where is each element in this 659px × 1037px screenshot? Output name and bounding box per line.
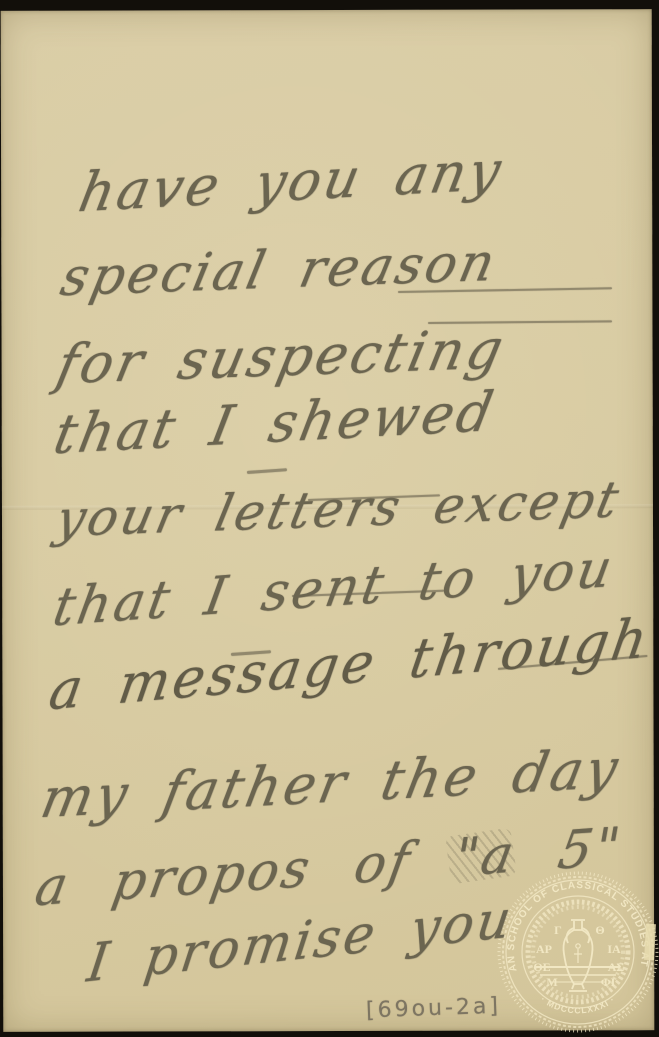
seal-greek-letter: ΦΙ bbox=[601, 975, 616, 989]
seal-greek-letters: Γ Θ ΑΡ ΙΑ ΘΕ ΑΣ Μ ΦΙ bbox=[533, 923, 624, 989]
archival-number: [69ou-2a] bbox=[366, 994, 502, 1024]
seal-greek-letter: Γ bbox=[554, 923, 562, 937]
seal-greek-letter: Μ bbox=[546, 975, 557, 989]
handwriting-line: special reason bbox=[56, 237, 502, 305]
embossed-seal: AMERICAN SCHOOL OF CLASSICAL STUDIES AT … bbox=[494, 868, 659, 1036]
amphora-icon bbox=[563, 920, 592, 991]
seal-greek-letter: ΘΕ bbox=[533, 960, 550, 974]
seal-greek-letter: ΙΑ bbox=[607, 942, 621, 956]
seal-greek-letter: ΑΡ bbox=[536, 942, 552, 956]
page-edge bbox=[644, 924, 656, 960]
seal-greek-letter: Θ bbox=[595, 923, 604, 937]
seal-greek-letter: ΑΣ bbox=[608, 960, 625, 974]
letter-scan: AMERICAN SCHOOL OF CLASSICAL STUDIES AT … bbox=[0, 0, 659, 1037]
